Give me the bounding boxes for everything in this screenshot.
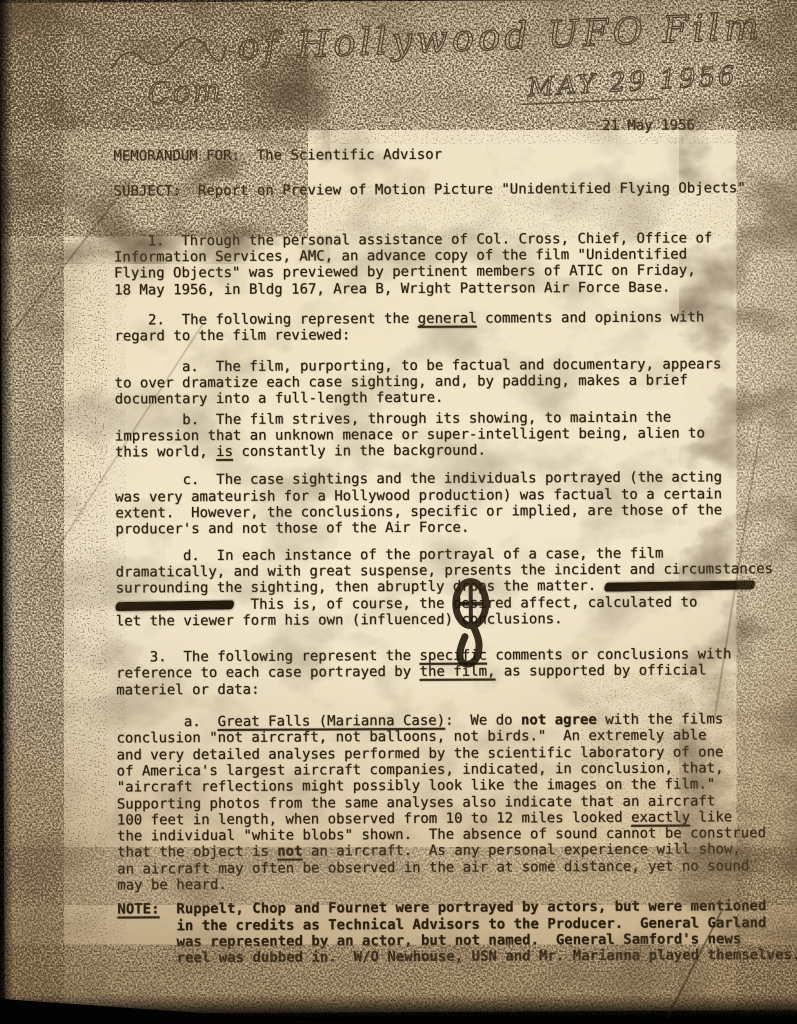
memo-text-segment: that the object is (117, 844, 277, 861)
memo-text-segment: materiel or data: (116, 681, 259, 698)
paragraph-2c: c. The case sightings and the individual… (115, 469, 797, 538)
memo-text-segment: like (690, 809, 732, 825)
memo-line: 21 May 1956 (113, 117, 797, 137)
handwriting-scribble (112, 38, 226, 69)
memo-text-segment: producer's and not those of the Air Forc… (115, 520, 469, 538)
memo-text-segment: an aircraft may often be observed in the… (117, 858, 749, 877)
memo-text-segment: Great Falls (Marianna Case) (218, 713, 446, 730)
memo-text-segment: comments or conclusions with (487, 646, 732, 663)
memo-text-segment: MEMORANDUM FOR: The Scientific Advisor (113, 147, 442, 165)
handwritten-annotations: of Hollywood UFO Film Com MAY 29 1956 (0, 0, 797, 133)
memo-text-segment: this world, (115, 444, 216, 461)
subject-line: SUBJECT: Report on Preview of Motion Pic… (114, 180, 797, 200)
date-line: 21 May 1956 (113, 117, 797, 137)
paragraph-2: 2. The following represent the general c… (114, 309, 797, 345)
memo-text-segment: 3. The following represent the (116, 648, 420, 666)
memo-paper: of Hollywood UFO Film Com MAY 29 1956 21… (0, 0, 797, 1014)
key-doodle-icon (441, 575, 512, 675)
memo-line: materiel or data: (116, 679, 797, 699)
memo-line: SUBJECT: Report on Preview of Motion Pic… (114, 180, 797, 200)
memo-text-segment: with the films (597, 711, 724, 728)
memo-body: 21 May 1956MEMORANDUM FOR: The Scientifi… (113, 117, 797, 967)
memo-text-segment: general (418, 311, 477, 327)
memo-line: producer's and not those of the Air Forc… (115, 518, 797, 538)
memo-text-segment: comments and opinions with (477, 310, 705, 327)
memo-text-segment: 18 May 1956, in Bldg 167, Area B, Wright… (114, 279, 670, 298)
memo-text-segment: extent. However, the conclusions, specif… (115, 502, 722, 521)
memo-text-segment: exactly (631, 809, 690, 825)
memo-line: documentary into a full-length feature. (115, 388, 797, 408)
paragraph-1: 1. Through the personal assistance of Co… (114, 230, 797, 299)
handwritten-title: of Hollywood UFO Film (237, 5, 764, 69)
memo-text-segment: to over dramatize each case sighting, an… (115, 372, 688, 391)
memo-text-segment: not agree (521, 712, 597, 728)
paragraph-3a-great-falls: a. Great Falls (Marianna Case): We do no… (116, 711, 797, 894)
memo-text-segment: 21 May 1956 (113, 117, 695, 136)
memo-text-segment: 2. The following represent the (114, 311, 418, 329)
document-photo: of Hollywood UFO Film Com MAY 29 1956 21… (0, 0, 797, 1024)
memorandum-for-line: MEMORANDUM FOR: The Scientific Advisor (113, 145, 797, 165)
memo-line: this world, is constantly in the backgro… (115, 441, 797, 461)
memo-text-segment: a. (116, 714, 217, 731)
memo-text-segment: an aircraft. As any personal experience … (302, 842, 740, 860)
paragraph-2a: a. The film, purporting, to be factual a… (114, 356, 797, 408)
scribble-redaction (115, 600, 235, 611)
memo-text-segment: reference to each case portrayed by (116, 664, 420, 682)
memo-text-segment: SUBJECT: Report on Preview of Motion Pic… (114, 180, 746, 199)
memo-text-segment: impression that an unknown menace or sup… (115, 425, 705, 444)
note-paragraph: NOTE: Ruppelt, Chop and Fournet were por… (117, 898, 797, 967)
memo-line: may be heard. (117, 874, 797, 894)
memo-line: 18 May 1956, in Bldg 167, Area B, Wright… (114, 279, 797, 299)
memo-text-segment: is (216, 444, 233, 460)
memo-text-segment: may be heard. (117, 877, 227, 894)
memo-text-segment: NOTE: (117, 902, 159, 918)
paragraph-2b: b. The film strives, through its showing… (115, 408, 797, 460)
memo-text-segment: not (277, 844, 302, 860)
memo-line: MEMORANDUM FOR: The Scientific Advisor (113, 145, 797, 165)
memo-text-segment: constantly in the background. (233, 443, 486, 460)
memo-line: regard to the film reviewed: (114, 325, 797, 345)
memo-text-segment: regard to the film reviewed: (114, 328, 350, 345)
memo-text-segment: documentary into a full-length feature. (115, 390, 444, 408)
photo-left-edge (0, 0, 13, 1024)
handwritten-date: MAY 29 1956 (526, 61, 739, 103)
memo-text-segment: as supported by official (495, 663, 706, 680)
handwritten-fragment: Com (147, 73, 224, 112)
memo-text-segment: : We do (445, 712, 521, 728)
